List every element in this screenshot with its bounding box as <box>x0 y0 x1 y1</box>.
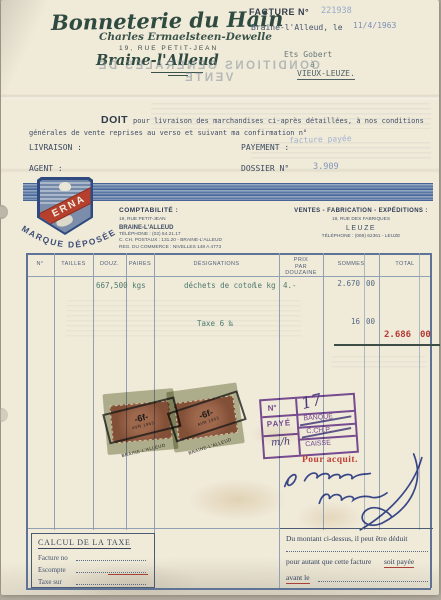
ventes-title: VENTES - FABRICATION - EXPÉDITIONS : <box>286 208 436 214</box>
taxe-label: Taxe 6 ‰ <box>197 319 233 328</box>
owner-name: Charles Ermaelsteen-Dewelle <box>99 31 272 43</box>
dossier-number: 3.909 <box>313 162 339 172</box>
deduction-line2a: pour autant que cette facture <box>286 557 371 566</box>
place-date-label: Braine-l'Alleud, le <box>251 23 343 32</box>
comptabilite-block: COMPTABILITÉ : 19, RUE PETIT-JEAN BRAINE… <box>119 207 284 251</box>
logo-tagline: MARQUE DÉPOSÉE <box>20 223 118 249</box>
livraison-label: LIVRAISON : <box>29 143 82 152</box>
table-gridline <box>54 253 55 530</box>
taxe-somme: 16 <box>327 317 360 326</box>
row-designation: déchets de coton <box>184 281 256 290</box>
row-unit: le kg <box>253 281 276 290</box>
crest-icon <box>59 182 71 191</box>
addressee-name: Ets Gobert <box>284 50 332 59</box>
col-header-tailles: TAILLES <box>54 261 93 267</box>
red-underline <box>108 574 148 575</box>
calcul-taxe-box: CALCUL DE LA TAXE Facture no Escompte Ta… <box>31 533 155 588</box>
calcul-row-facture: Facture no <box>38 554 68 562</box>
comptabilite-title: COMPTABILITÉ : <box>119 207 284 214</box>
total-rule <box>334 344 440 346</box>
row-somme-cents: 00 <box>366 279 375 288</box>
payement-label: PAYEMENT : <box>241 143 289 152</box>
col-header-paires: PAIRES <box>126 261 154 267</box>
bleedthrough-block <box>66 300 301 338</box>
agent-label: AGENT : <box>29 164 63 173</box>
invoice-paper: Bonneterie du Hain Charles Ermaelsteen-D… <box>1 0 439 595</box>
bleedthrough-block <box>151 103 431 129</box>
handwritten-signature <box>271 445 439 541</box>
fiscal-stamp: -6f- AVR 1963 BRAINE-L'ALLEUD <box>169 386 242 451</box>
bleedthrough-text: CONDITIONS GENERALES DE VENTE <box>83 60 333 84</box>
dossier-label: DOSSIER N° <box>241 164 289 173</box>
street-line: 19, RUE PETIT-JEAN <box>119 45 218 52</box>
table-gridline <box>93 253 94 530</box>
calcul-row-taxe: Taxe sur <box>38 578 62 586</box>
row-somme: 2.670 <box>327 279 360 288</box>
stamp-no-label: N° <box>267 403 277 413</box>
calcul-title: CALCUL DE LA TAXE <box>38 538 131 549</box>
punch-hole <box>0 205 8 219</box>
facture-label: FACTURE N° <box>249 7 309 17</box>
doit-line2: générales de vente reprises au verso et … <box>29 129 307 137</box>
ventes-line: TÉLÉPHONE : (069) 62361 - LEUZE <box>286 233 436 241</box>
stamp-paye: PAYÉ <box>266 418 291 429</box>
ventes-line: LEUZE <box>286 224 436 233</box>
calcul-row-escompte: Escompte <box>38 566 66 574</box>
svg-text:MARQUE DÉPOSÉE: MARQUE DÉPOSÉE <box>20 223 118 249</box>
dotted-line <box>76 572 146 573</box>
row-quantity: 667,500 kgs <box>96 281 146 290</box>
col-header-prix: PRIX <box>279 257 323 263</box>
row-prix: 4.- <box>283 281 297 290</box>
deduction-line2b: soit payée <box>384 557 414 568</box>
col-header-sommes: SOMMES <box>323 261 379 267</box>
scanned-invoice-photo: { "colors": { "paper": "#f0ead9", "band_… <box>0 0 441 600</box>
table-gridline <box>26 253 431 255</box>
comptabilite-line: REG. DU COMMERCE : NIVELLES 148 A 4773 <box>119 245 284 252</box>
deduction-line1: Du montant ci-dessus, il peut être dédui… <box>286 534 407 543</box>
col-header-total: TOTAL <box>379 261 431 267</box>
ventes-block: VENTES - FABRICATION - EXPÉDITIONS : 18,… <box>286 208 436 241</box>
col-header-no: N° <box>26 261 54 267</box>
taxe-cents: 00 <box>366 317 375 326</box>
stamp-initials: m/h <box>271 436 291 448</box>
dotted-line <box>318 581 428 582</box>
col-header-douz: DOUZ. <box>93 261 126 267</box>
stamp-caisse: CAISSE <box>305 440 331 449</box>
doit-word: DOIT <box>101 114 128 126</box>
punch-hole <box>0 408 8 422</box>
stamp-no-value: 17 <box>299 390 323 413</box>
total-cents: 00 <box>420 330 431 340</box>
dotted-line <box>286 551 428 552</box>
col-header-prix2: PAR DOUZAINE <box>279 264 323 276</box>
invoice-date: 11/4/1963 <box>353 21 396 30</box>
col-header-designations: DÉSIGNATIONS <box>154 261 279 267</box>
deduction-box: Du montant ci-dessus, il peut être dédui… <box>280 528 433 589</box>
comptabilite-line: BRAINE-L'ALLEUD <box>119 224 284 232</box>
facture-number: 221938 <box>321 6 352 16</box>
table-gridline <box>26 276 431 277</box>
doit-line1: pour livraison des marchandises ci-après… <box>133 117 424 125</box>
total-value: 2.686 <box>384 330 411 340</box>
deduction-line3: avant le <box>286 573 310 584</box>
table-gridline <box>26 253 28 588</box>
fiscal-stamp: -6f- AVR 1963 BRAINE-L'ALLEUD <box>106 391 177 453</box>
dotted-line <box>76 584 146 585</box>
dotted-line <box>76 560 146 561</box>
